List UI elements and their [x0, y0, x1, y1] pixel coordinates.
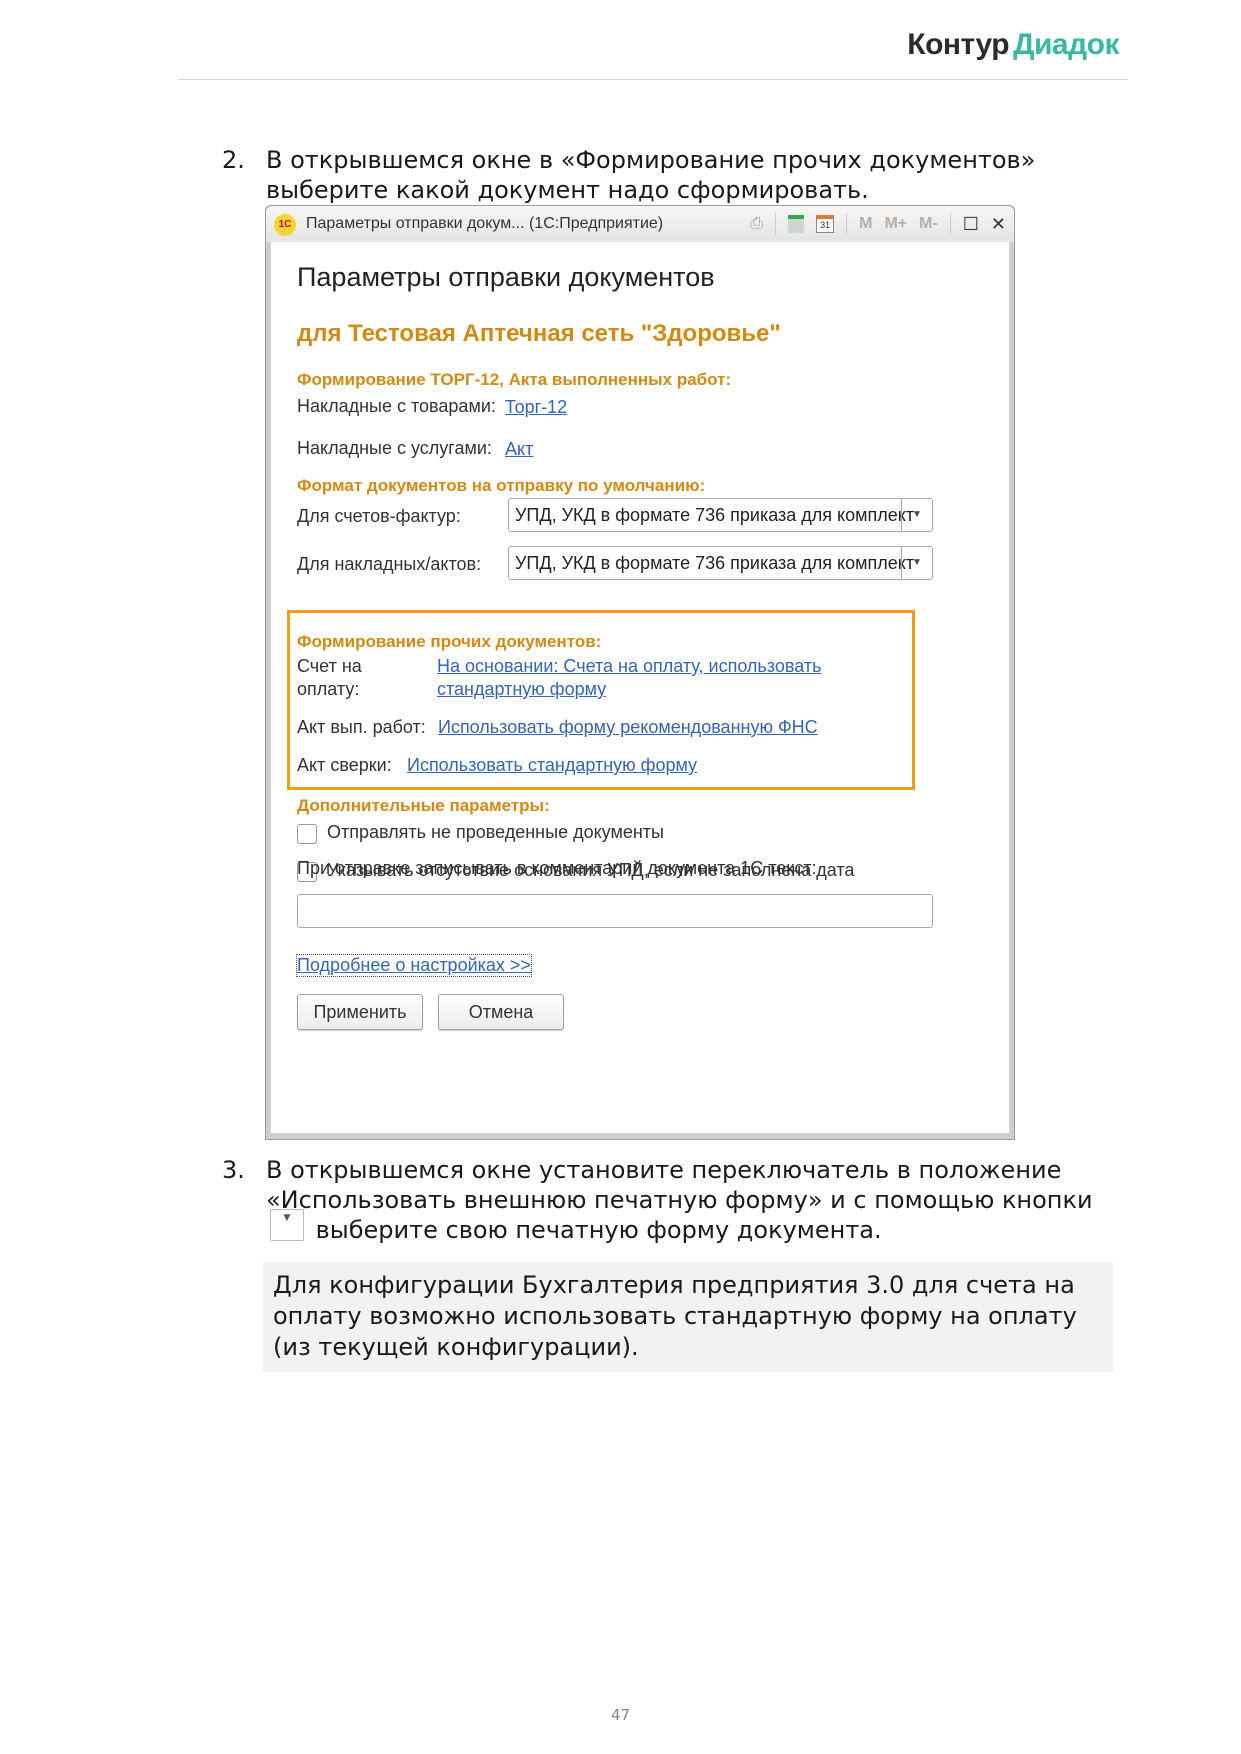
services-link[interactable]: Акт — [505, 439, 533, 460]
close-icon[interactable]: ✕ — [991, 214, 1006, 235]
comment-input[interactable] — [297, 894, 933, 928]
print-icon[interactable]: ⎙ — [750, 215, 763, 233]
act-label: Акт вып. работ: — [297, 717, 426, 738]
comment-label: При отправке записывать в комментарий до… — [297, 858, 817, 879]
memory-plus-button[interactable]: M+ — [884, 215, 907, 233]
dropdown-button-icon: ▼ — [270, 1209, 304, 1241]
cancel-button[interactable]: Отмена — [438, 994, 564, 1030]
section-format: Формат документов на отправку по умолчан… — [297, 476, 705, 496]
calculator-icon[interactable] — [788, 215, 804, 233]
step-text-after: выберите свою печатную форму документа. — [316, 1216, 882, 1244]
recon-label: Акт сверки: — [297, 755, 392, 776]
logo-kontur: Контур — [907, 28, 1009, 61]
kontur-diadok-logo: КонтурДиадок — [907, 28, 1119, 62]
bill-link-line2[interactable]: стандартную форму — [437, 679, 606, 700]
waybill-format-select[interactable]: УПД, УКД в формате 736 приказа для компл… — [508, 546, 933, 580]
section-extra: Дополнительные параметры: — [297, 796, 550, 816]
goods-link[interactable]: Торг-12 — [505, 397, 567, 418]
waybill-label: Для накладных/актов: — [297, 554, 481, 575]
page-number: 47 — [0, 1706, 1241, 1724]
form-subtitle: для Тестовая Аптечная сеть "Здоровье" — [297, 320, 781, 348]
bill-label-line1: Счет на — [297, 656, 362, 677]
note-box: Для конфигурации Бухгалтерия предприятия… — [263, 1262, 1113, 1372]
maximize-icon[interactable]: ☐ — [963, 214, 979, 235]
step-number: 3. — [222, 1155, 245, 1185]
section-torg: Формирование ТОРГ-12, Акта выполненных р… — [297, 370, 731, 390]
memory-minus-button[interactable]: M- — [919, 215, 938, 233]
invoice-label: Для счетов-фактур: — [297, 506, 461, 527]
dialog-window: 1С Параметры отправки докум... (1С:Предп… — [265, 205, 1015, 1140]
apply-button[interactable]: Применить — [297, 994, 423, 1030]
waybill-format-value: УПД, УКД в формате 736 приказа для компл… — [515, 553, 914, 574]
checkbox-unposted-label: Отправлять не проведенные документы — [327, 822, 664, 843]
logo-diadok: Диадок — [1013, 28, 1119, 61]
step-text-before: В открывшемся окне установите переключат… — [266, 1156, 1093, 1214]
invoice-format-select[interactable]: УПД, УКД в формате 736 приказа для компл… — [508, 498, 933, 532]
invoice-format-value: УПД, УКД в формате 736 приказа для компл… — [515, 505, 914, 526]
section-other: Формирование прочих документов: — [297, 632, 601, 652]
bill-label-line2: оплату: — [297, 679, 359, 700]
window-title: Параметры отправки докум... (1С:Предприя… — [306, 215, 663, 233]
step-text: В открывшемся окне в «Формирование прочи… — [266, 145, 1126, 205]
act-link[interactable]: Использовать форму рекомендованную ФНС — [438, 717, 818, 738]
dialog-body: Параметры отправки документов для Тестов… — [271, 242, 1009, 1133]
window-titlebar: 1С Параметры отправки докум... (1С:Предп… — [266, 206, 1014, 242]
header-divider — [178, 79, 1128, 80]
more-settings-link[interactable]: Подробнее о настройках >> — [297, 955, 531, 976]
chevron-down-icon[interactable]: ▼ — [901, 499, 932, 531]
1c-logo-icon: 1С — [274, 214, 296, 236]
chevron-down-icon[interactable]: ▼ — [901, 547, 932, 579]
calendar-icon[interactable]: 31 — [816, 215, 834, 233]
services-label: Накладные с услугами: — [297, 438, 492, 459]
step-number: 2. — [222, 145, 245, 175]
memory-button[interactable]: M — [859, 215, 872, 233]
bill-link-line1[interactable]: На основании: Счета на оплату, использов… — [437, 656, 821, 677]
goods-label: Накладные с товарами: — [297, 396, 496, 417]
checkbox-unposted[interactable] — [297, 824, 317, 844]
recon-link[interactable]: Использовать стандартную форму — [407, 755, 697, 776]
form-title: Параметры отправки документов — [297, 262, 715, 293]
